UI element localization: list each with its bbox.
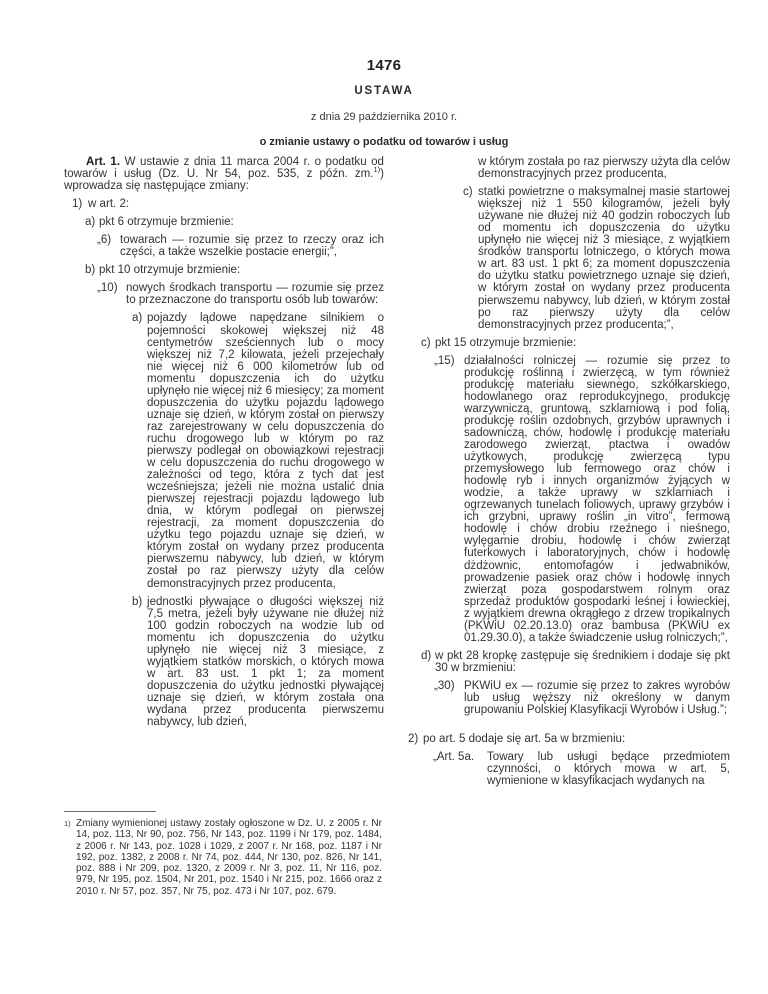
right-column: w którym została po raz pierwszy użyta d… [412,156,730,787]
footnote-text: Zmiany wymienionej ustawy zostały ogłosz… [76,818,382,897]
act-date: z dnia 29 października 2010 r. [0,111,768,123]
act-type: USTAWA [0,85,768,97]
article-1-label: Art. 1. [86,156,120,168]
point-2: 2) po art. 5 dodaje się art. 5a w brzmie… [408,733,730,745]
quote-pkt-30: „30) PKWiU ex — rozumie się przez to zak… [434,680,730,716]
quote-pkt-15: „15) działalności rolniczej — rozumie si… [434,355,730,644]
quote-pkt-10-a: a) pojazdy lądowe napędzane silnikiem o … [132,312,384,589]
footnote-divider [64,811,156,812]
footnote-marker: 1) [64,818,76,897]
quote-pkt-6: „6) towarach — rozumie się przez to rzec… [97,234,384,258]
footnote-1: 1) Zmiany wymienionej ustawy zostały ogł… [64,818,382,897]
article-1-intro: Art. 1. W ustawie z dnia 11 marca 2004 r… [64,156,384,192]
act-subject: o zmianie ustawy o podatku od towarów i … [0,136,768,148]
quote-pkt-10-b: b) jednostki pływające o długości większ… [132,596,384,729]
quote-pkt-10: „10) nowych środkach transportu — rozumi… [97,282,384,306]
quote-pkt-10-b-continued: w którym została po raz pierwszy użyta d… [478,156,730,180]
quote-art-5a: „Art. 5a. Towary lub usługi będące przed… [433,751,730,787]
point-1b: b) pkt 10 otrzymuje brzmienie: [85,264,384,276]
point-1: 1) w art. 2: [72,198,384,210]
left-column: Art. 1. W ustawie z dnia 11 marca 2004 r… [64,156,384,728]
point-1c: c) pkt 15 otrzymuje brzmienie: [421,337,730,349]
point-1d: d) w pkt 28 kropkę zastępuje się średnik… [421,650,730,674]
quote-pkt-10-c: c) statki powietrzne o maksymalnej masie… [463,186,730,331]
act-number: 1476 [0,57,768,74]
point-1a: a) pkt 6 otrzymuje brzmienie: [85,216,384,228]
